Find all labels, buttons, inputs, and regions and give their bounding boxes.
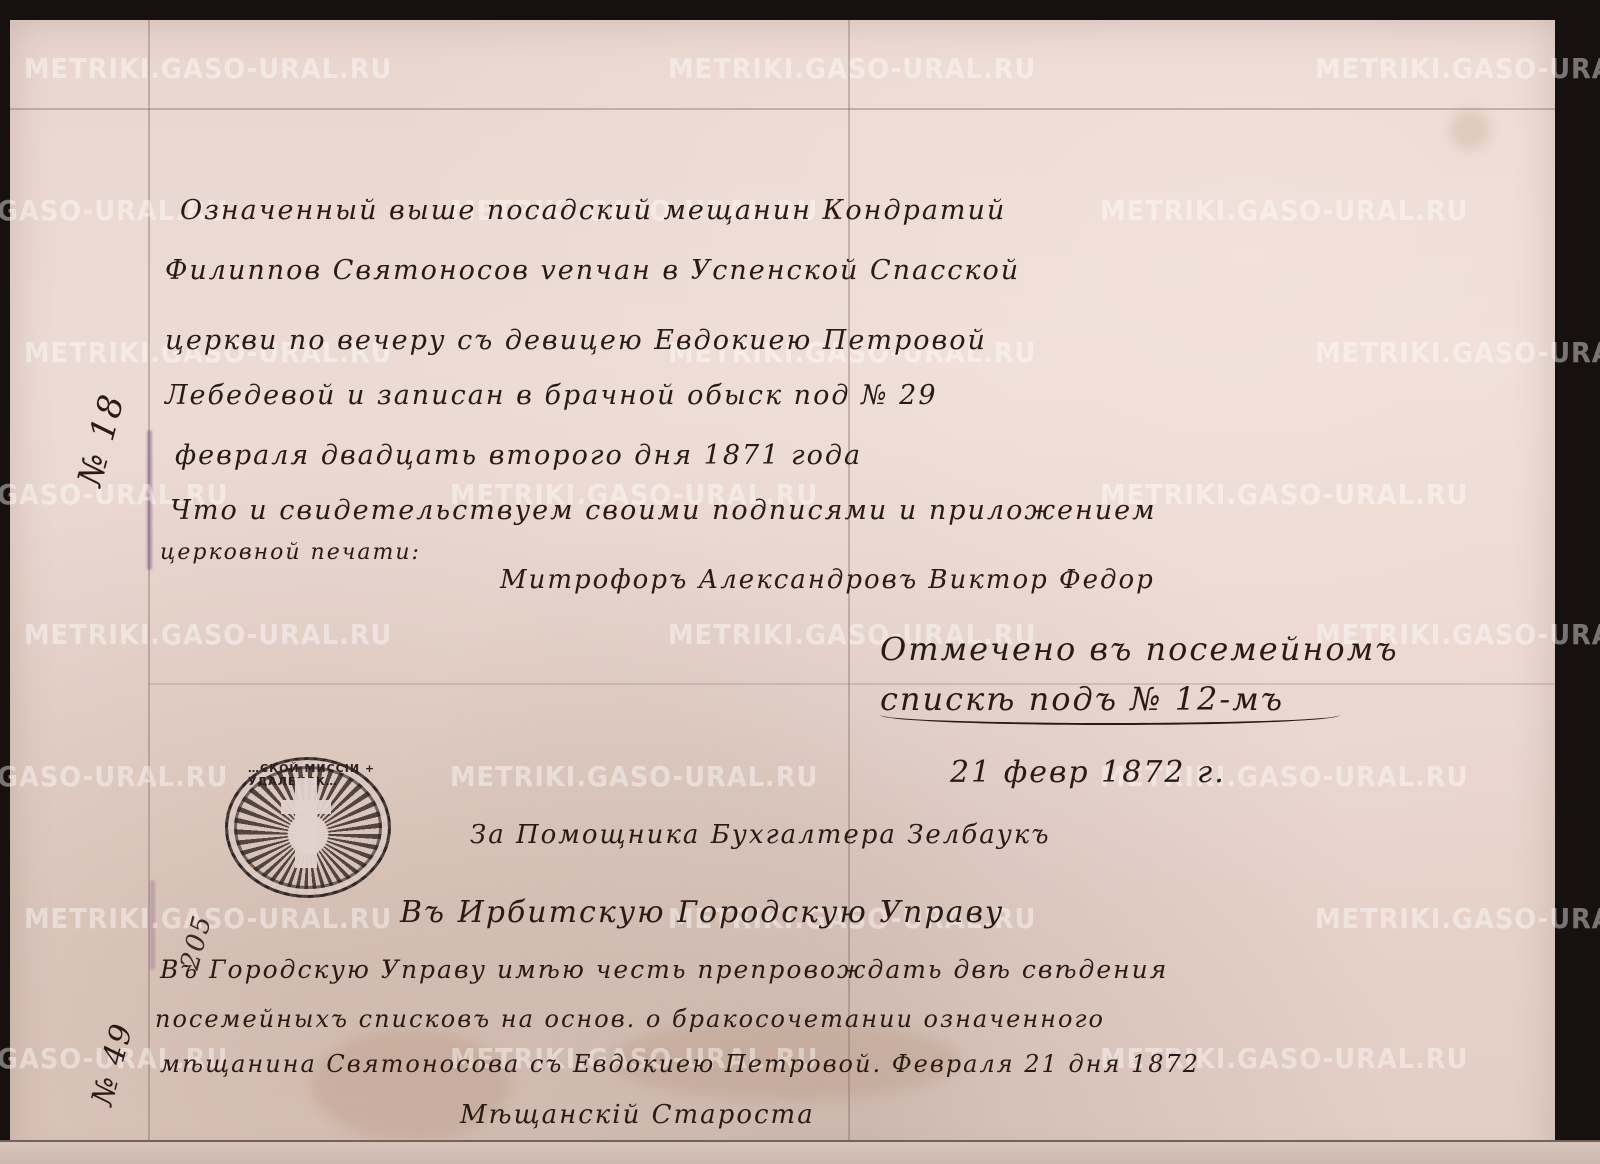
watermark: METRIKI.GASO-URAL.RU	[1315, 336, 1600, 369]
seal-text: …СКОЙ МИССIИ + УДАЛЕНСК…	[248, 762, 388, 788]
fold-line-top	[10, 108, 1555, 110]
registry-note-date: 21 февр 1872 г.	[950, 755, 1226, 790]
watermark: METRIKI.GASO-URAL.RU	[24, 52, 392, 85]
clerk-signature: За Помощника Бухгалтера Зелбаукъ	[470, 820, 1051, 850]
cross-icon	[295, 778, 317, 868]
registry-underline	[880, 705, 1340, 725]
underlying-page-edge	[0, 1140, 1600, 1164]
main-text-line: церкви по вечеру съ девицею Евдокиею Пет…	[165, 325, 987, 356]
watermark: METRIKI.GASO-URAL.RU	[0, 760, 228, 793]
watermark: METRIKI.GASO-URAL.RU	[1315, 902, 1600, 935]
body-line: посемейныхъ списковъ на основ. о бракосо…	[155, 1005, 1105, 1033]
main-text-line: Означенный выше посадский мещанин Кондра…	[180, 195, 1006, 226]
main-text-line: Лебедевой и записан в брачной обыск под …	[165, 380, 938, 411]
watermark: METRIKI.GASO-URAL.RU	[24, 618, 392, 651]
watermark: METRIKI.GASO-URAL.RU	[1100, 194, 1468, 227]
address-line: Въ Ирбитскую Городскую Управу	[400, 895, 1004, 930]
watermark: METRIKI.GASO-URAL.RU	[450, 760, 818, 793]
watermark: METRIKI.GASO-URAL.RU	[668, 52, 1036, 85]
church-seal: …СКОЙ МИССIИ + УДАЛЕНСК…	[225, 757, 391, 898]
main-text-line: Филиппов Святоносов venчан в Успенской С…	[165, 255, 1020, 286]
signature-line: Митрофоръ Александровъ Виктор Федор	[500, 565, 1155, 595]
watermark: METRIKI.GASO-URAL.RU	[1315, 52, 1600, 85]
stain-3	[1450, 110, 1490, 150]
registry-note-line: Отмечено въ посемейномъ	[880, 630, 1399, 668]
body-line: мѣщанина Святоносова съ Евдокиею Петрово…	[160, 1050, 1200, 1078]
body-line: Мѣщанскiй Староста	[460, 1100, 815, 1130]
main-text-line: февраля двадцать второго дня 1871 года	[175, 440, 862, 471]
fold-line-left	[148, 20, 150, 1150]
body-line: Въ Городскую Управу имѣю честь препровож…	[160, 955, 1168, 984]
fold-line-middle	[148, 683, 1555, 685]
main-text-line: церковной печати:	[160, 540, 421, 565]
main-text-line: Что и свидетельствуем своими подписями и…	[170, 495, 1157, 526]
